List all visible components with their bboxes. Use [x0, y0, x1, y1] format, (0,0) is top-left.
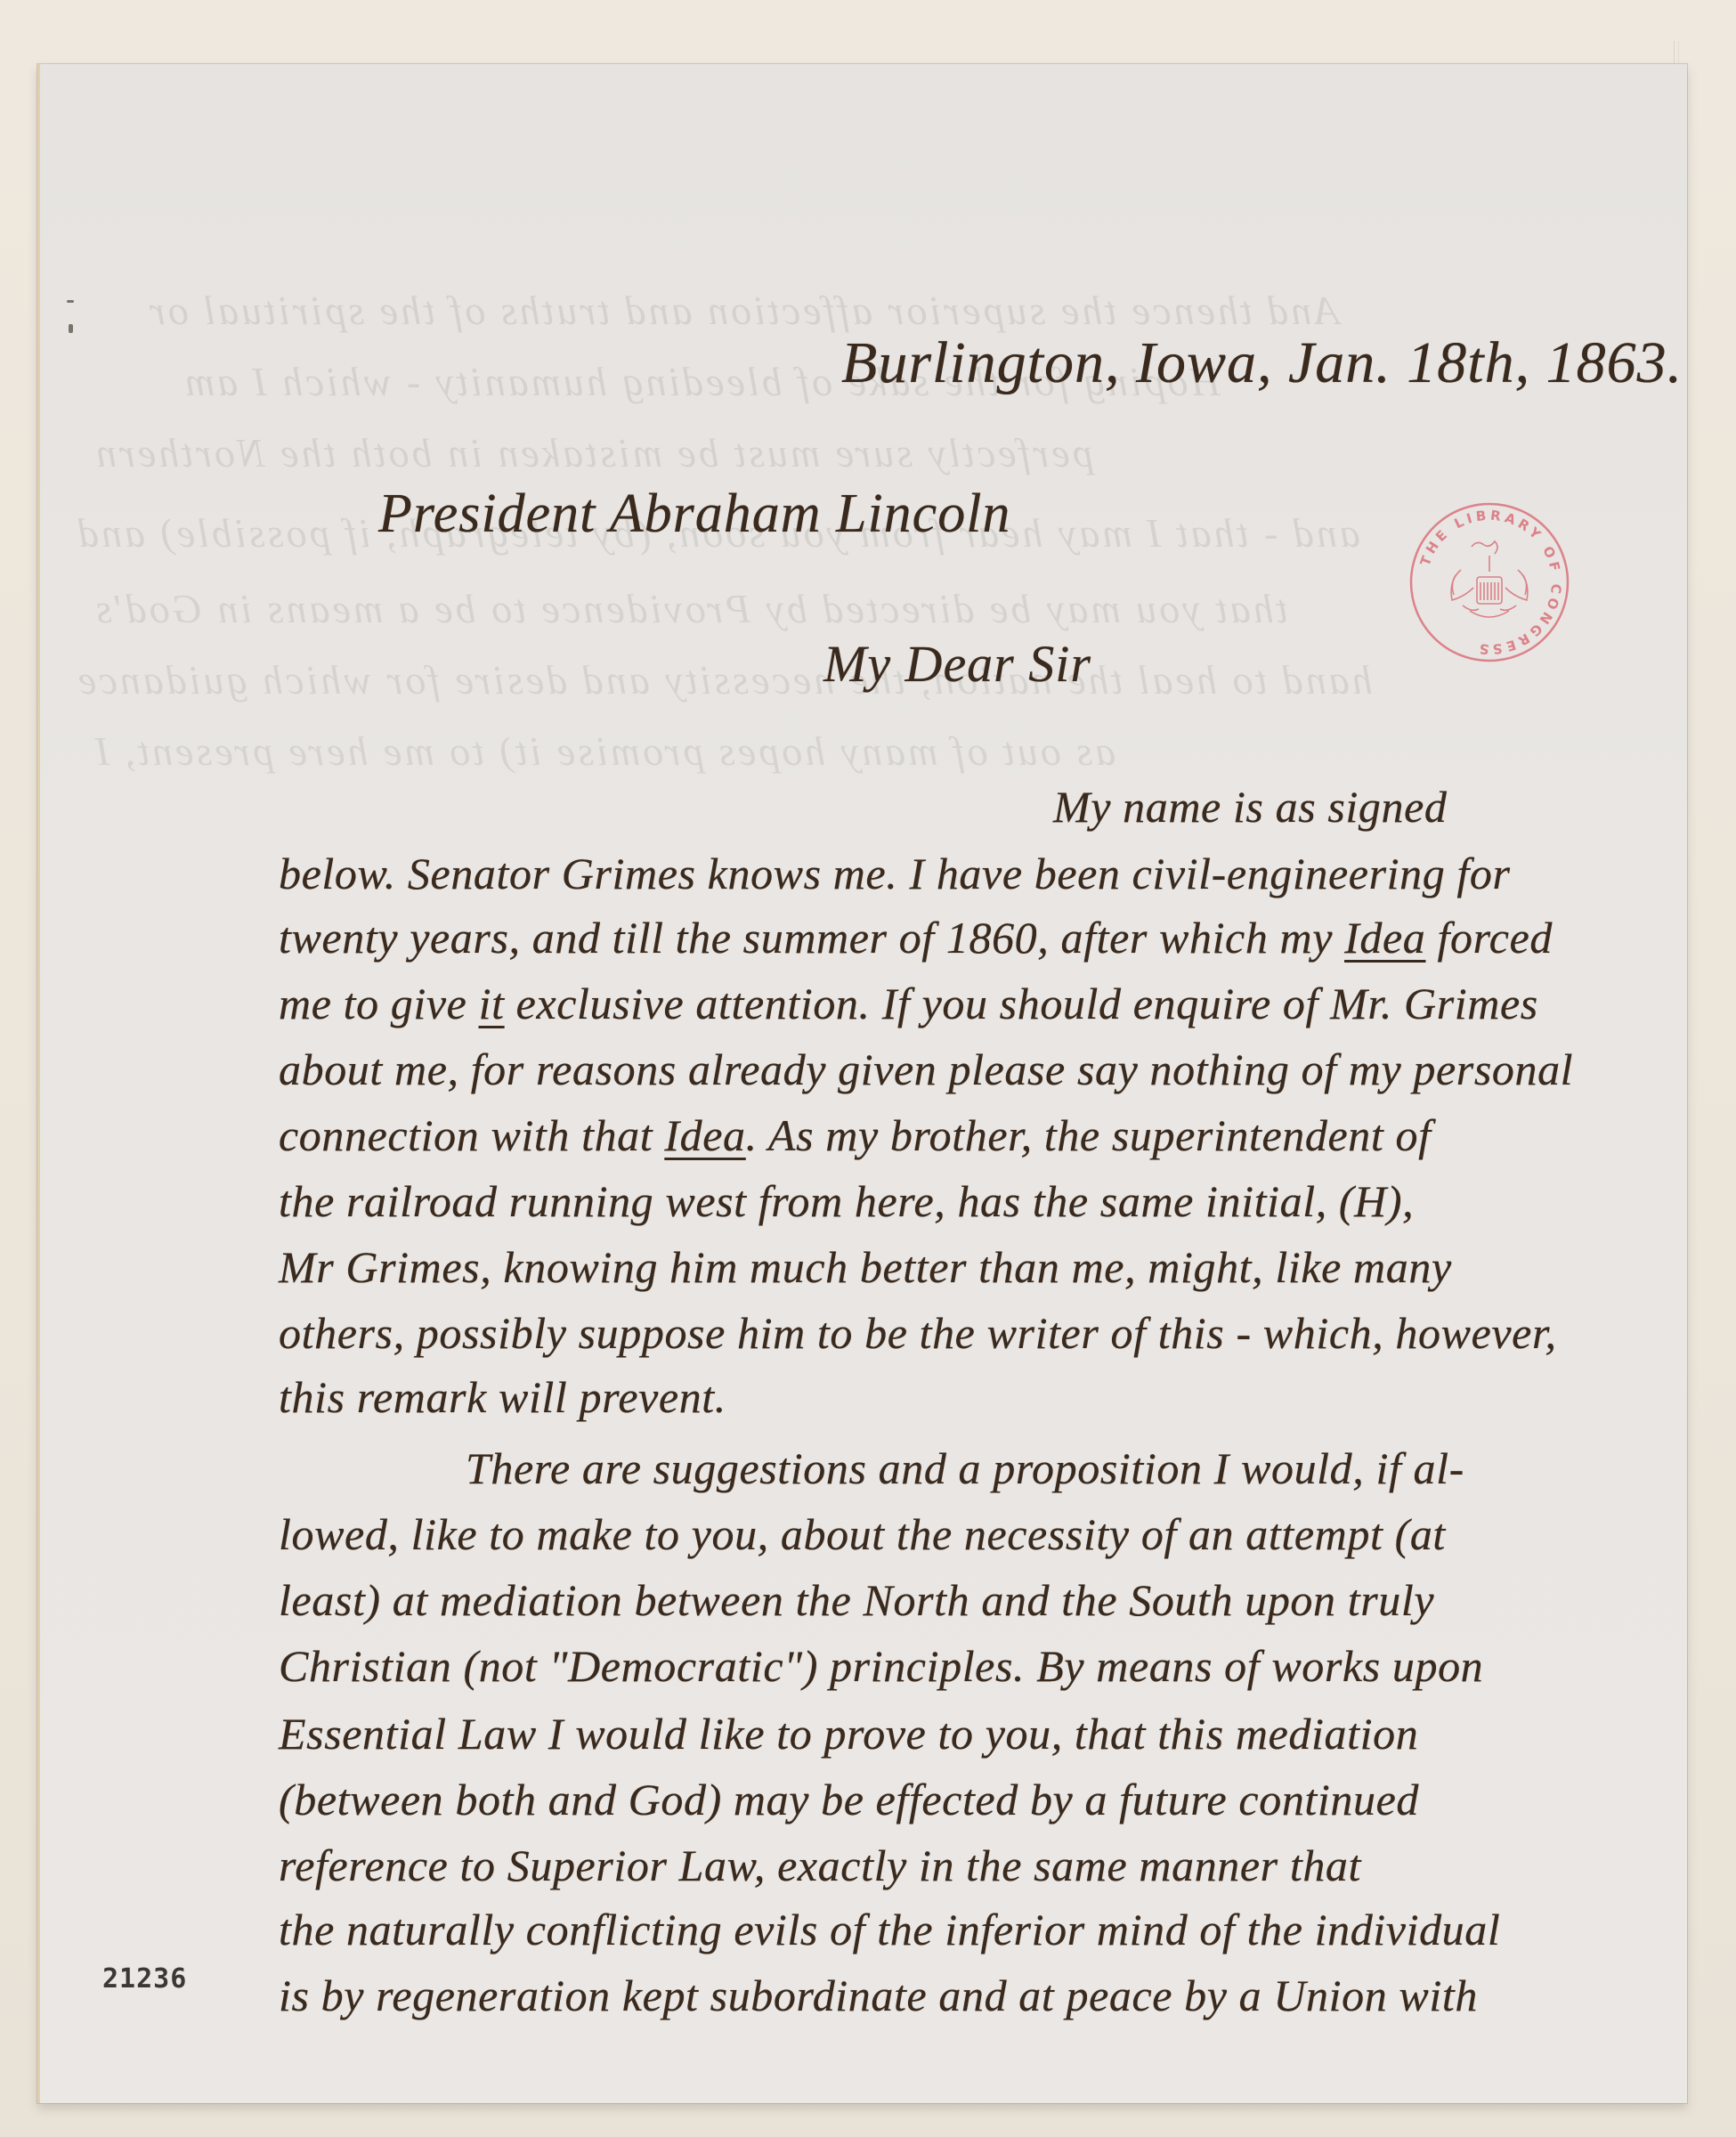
stamp-text: THE LIBRARY OF CONGRESS	[1417, 508, 1565, 658]
bleed-through-line: that you may be directed by Providence t…	[93, 585, 1288, 632]
underlined-word: it	[479, 979, 505, 1028]
body-line: twenty years, and till the summer of 186…	[279, 912, 1553, 963]
body-line: There are suggestions and a proposition …	[466, 1442, 1464, 1494]
dateline: Burlington, Iowa, Jan. 18th, 1863.	[841, 329, 1683, 397]
bleed-through-line: hand to heal the nation, the necessity a…	[76, 656, 1373, 703]
bleed-through-line: And thence the superior affection and tr…	[147, 287, 1339, 334]
margin-mark	[67, 300, 74, 303]
underlined-word: Idea	[1344, 913, 1425, 963]
text-segment: twenty years, and till the summer of 186…	[279, 913, 1344, 963]
library-of-congress-stamp-icon: THE LIBRARY OF CONGRESS	[1407, 500, 1571, 664]
body-line: (between both and God) may be effected b…	[279, 1774, 1419, 1825]
margin-mark	[69, 324, 73, 333]
body-line: My name is as signed	[1053, 781, 1448, 833]
body-line: this remark will prevent.	[279, 1371, 726, 1423]
body-line: reference to Superior Law, exactly in th…	[279, 1840, 1361, 1891]
body-line: Mr Grimes, knowing him much better than …	[279, 1241, 1452, 1293]
catalog-number: 21236	[102, 1963, 187, 1995]
body-line: others, possibly suppose him to be the w…	[279, 1307, 1557, 1359]
bleed-through-line: as out of many hopes promise it) to me h…	[93, 727, 1115, 775]
body-line: connection with that Idea. As my brother…	[279, 1109, 1432, 1161]
body-line: Essential Law I would like to prove to y…	[279, 1708, 1418, 1759]
underlined-word: Idea	[664, 1110, 745, 1160]
text-segment: connection with that	[279, 1110, 664, 1160]
salutation: My Dear Sir	[823, 634, 1091, 694]
body-line: is by regeneration kept subordinate and …	[279, 1970, 1478, 2021]
letter-page: And thence the superior affection and tr…	[37, 64, 1687, 2103]
body-line: the railroad running west from here, has…	[279, 1175, 1414, 1227]
body-line: below. Senator Grimes knows me. I have b…	[279, 848, 1511, 899]
body-line: least) at mediation between the North an…	[279, 1574, 1434, 1626]
body-line: the naturally conflicting evils of the i…	[279, 1904, 1500, 1955]
svg-text:THE LIBRARY OF CONGRESS: THE LIBRARY OF CONGRESS	[1417, 508, 1565, 658]
addressee: President Abraham Lincoln	[378, 483, 1010, 546]
body-line: lowed, like to make to you, about the ne…	[279, 1508, 1446, 1560]
body-line: about me, for reasons already given plea…	[279, 1044, 1573, 1095]
text-segment: . As my brother, the superintendent of	[746, 1110, 1432, 1160]
text-segment: me to give	[279, 979, 479, 1028]
body-line: me to give it exclusive attention. If yo…	[279, 978, 1538, 1029]
text-segment: exclusive attention. If you should enqui…	[505, 979, 1538, 1028]
body-line: Christian (not "Democratic") principles.…	[279, 1640, 1483, 1692]
bleed-through-line: perfectly sure must be mistaken in both …	[93, 429, 1093, 476]
text-segment: forced	[1425, 913, 1553, 963]
